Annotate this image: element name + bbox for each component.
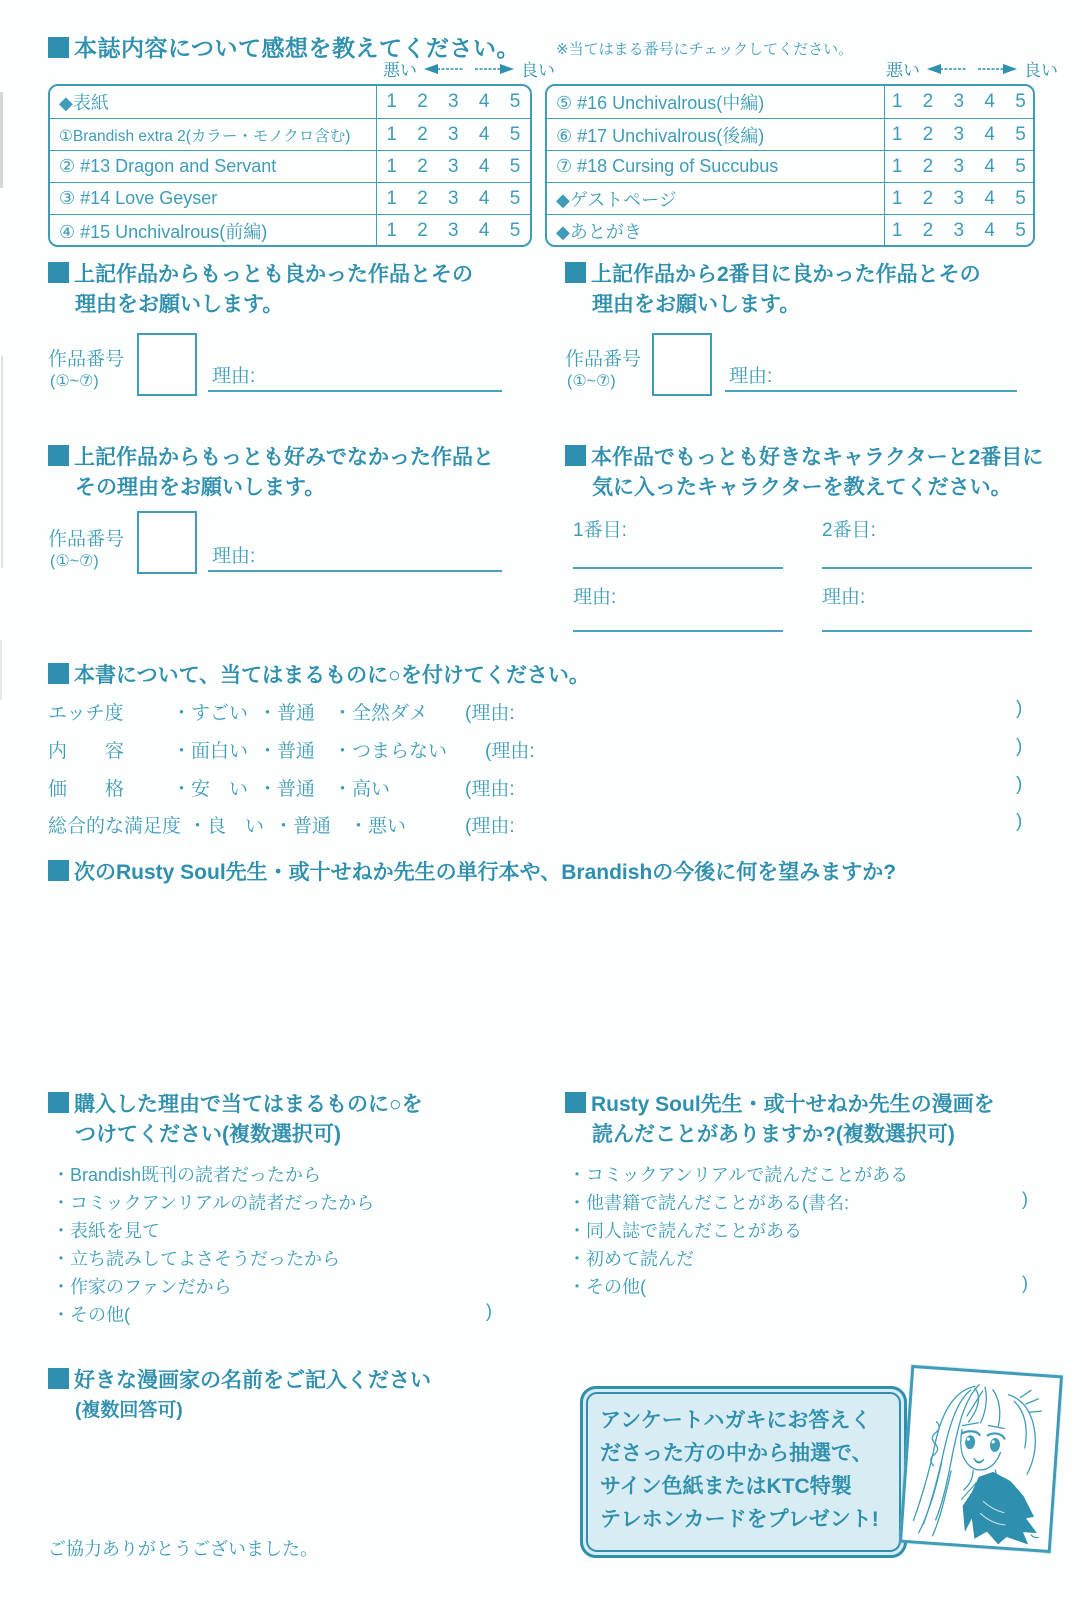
work-label: ◆ゲストページ (547, 186, 884, 212)
q6-heading: 購入した理由で当てはまるものに○をつけてください(複数選択可) (48, 1090, 423, 1150)
reason-close: ) (1016, 736, 1022, 758)
section-marker-icon (48, 1092, 69, 1113)
scan-artifact (0, 92, 3, 188)
character-write-line[interactable] (573, 567, 783, 569)
q8-line2: (複数回答可) (48, 1396, 431, 1426)
prize-line1: アンケートハガキにお答えく (600, 1404, 887, 1437)
legend-bad-label: 悪い (383, 56, 417, 81)
section-marker-icon (48, 262, 69, 283)
q7-option[interactable]: ・他書籍で読んだことがある(書名: (568, 1189, 849, 1215)
option[interactable]: ・つまらない (333, 736, 447, 763)
option[interactable]: ・普通 (258, 774, 315, 801)
q4-title: 本書について、当てはまるものに○を付けてください。 (74, 664, 590, 687)
table-row: ⑤ #16 Unchivalrous(中編)1 2 3 4 5 (547, 86, 1033, 118)
q7-heading: Rusty Soul先生・或十せねか先生の漫画を読んだことがありますか?(複数選… (565, 1090, 995, 1150)
table-row: ③ #14 Love Geyser1 2 3 4 5 (50, 182, 530, 214)
section-marker-icon (48, 663, 69, 684)
work-number-box[interactable] (137, 333, 197, 396)
q6-option[interactable]: ・作家のファンだから (52, 1273, 232, 1299)
reason-label: 理由: (822, 582, 865, 609)
q2b-line2: 理由をお願いします。 (565, 290, 981, 320)
section-marker-icon (565, 1092, 586, 1113)
q5-title: 次のRusty Soul先生・或十せねか先生の単行本や、Brandishの今後に… (74, 861, 896, 884)
work-label: ⑤ #16 Unchivalrous(中編) (547, 89, 884, 115)
table-row: ⑦ #18 Cursing of Succubus1 2 3 4 5 (547, 150, 1033, 182)
option[interactable]: ・普通 (258, 698, 315, 725)
q6-line1: 購入した理由で当てはまるものに○を (74, 1093, 423, 1116)
q7-other-close: ) (1022, 1273, 1028, 1294)
q6-option[interactable]: ・立ち読みしてよさそうだったから (52, 1245, 340, 1271)
rating-scale[interactable]: 1 2 3 4 5 (884, 151, 1033, 182)
rating-scale[interactable]: 1 2 3 4 5 (376, 215, 530, 246)
reason-label: 理由: (212, 361, 255, 388)
scale-direction-arrows-icon (423, 62, 515, 76)
rating-scale[interactable]: 1 2 3 4 5 (376, 86, 530, 118)
reason-close: ) (1016, 774, 1022, 796)
option[interactable]: ・安 い (172, 774, 248, 801)
row-label: 価 格 (48, 774, 124, 801)
work-number-label: 作品番号 (48, 344, 124, 371)
thanks-message: ご協力ありがとうございました。 (48, 1535, 318, 1561)
table-row: ◆表紙1 2 3 4 5 (50, 86, 530, 118)
q7-line2: 読んだことがありますか?(複数選択可) (565, 1120, 995, 1150)
prize-line4: テレホンカードをプレゼント! (600, 1503, 887, 1536)
row-label: 内 容 (48, 736, 124, 763)
option[interactable]: ・普通 (258, 736, 315, 763)
q2a-line1: 上記作品からもっとも良かった作品とその (74, 263, 473, 286)
q3b-line2: 気に入ったキャラクターを教えてください。 (565, 473, 1043, 503)
reason-open: (理由: (465, 774, 515, 801)
option[interactable]: ・悪い (349, 811, 406, 838)
q8-line1: 好きな漫画家の名前をご記入ください (74, 1369, 431, 1392)
q7-option[interactable]: ・コミックアンリアルで読んだことがある (568, 1161, 908, 1187)
work-label: ⑥ #17 Unchivalrous(後編) (547, 122, 884, 148)
rating-table-right: ⑤ #16 Unchivalrous(中編)1 2 3 4 5 ⑥ #17 Un… (545, 84, 1035, 247)
table-row: ② #13 Dragon and Servant1 2 3 4 5 (50, 150, 530, 182)
table-row: ①Brandish extra 2(カラー・モノクロ含む)1 2 3 4 5 (50, 118, 530, 150)
q3a-line2: その理由をお願いします。 (48, 473, 494, 503)
q3a-heading: 上記作品からもっとも好みでなかった作品とその理由をお願いします。 (48, 443, 494, 503)
q3b-line1: 本作品でもっとも好きなキャラクターと2番目に (591, 446, 1043, 469)
character-write-line[interactable] (822, 567, 1032, 569)
anime-girl-illustration (902, 1368, 1060, 1550)
option[interactable]: ・良 い (188, 811, 264, 838)
legend-good-label: 良い (521, 56, 555, 81)
q2a-line2: 理由をお願いします。 (48, 290, 473, 320)
reason-label: 理由: (573, 582, 616, 609)
reason-open: (理由: (485, 736, 535, 763)
reason-open: (理由: (465, 811, 515, 838)
option[interactable]: ・高い (333, 774, 390, 801)
q1-note: ※当てはまる番号にチェックしてください。 (556, 38, 853, 59)
survey-postcard-page: 本誌内容について感想を教えてください。 ※当てはまる番号にチェックしてください。… (0, 0, 1082, 1600)
legend-bad-label: 悪い (886, 56, 920, 81)
reason-write-line[interactable] (208, 570, 502, 572)
q6-option[interactable]: ・Brandish既刊の読者だったから (52, 1161, 321, 1187)
work-number-range: (①~⑦) (50, 551, 99, 571)
work-number-range: (①~⑦) (567, 371, 616, 391)
scale-legend-left: 悪い 良い (383, 56, 555, 81)
q8-heading: 好きな漫画家の名前をご記入ください(複数回答可) (48, 1366, 431, 1426)
reason-close: ) (1016, 811, 1022, 833)
work-label: ⑦ #18 Cursing of Succubus (547, 156, 884, 177)
rating-scale[interactable]: 1 2 3 4 5 (884, 86, 1033, 118)
work-number-label: 作品番号 (565, 344, 641, 371)
section-marker-icon (48, 860, 69, 881)
rating-scale[interactable]: 1 2 3 4 5 (376, 183, 530, 214)
work-label: ◆あとがき (547, 218, 884, 244)
table-row: ⑥ #17 Unchivalrous(後編)1 2 3 4 5 (547, 118, 1033, 150)
table-row: ④ #15 Unchivalrous(前編)1 2 3 4 5 (50, 214, 530, 246)
work-number-box[interactable] (137, 511, 197, 574)
reason-open: (理由: (465, 698, 515, 725)
rating-scale[interactable]: 1 2 3 4 5 (376, 151, 530, 182)
reason-write-line[interactable] (573, 630, 783, 632)
legend-good-label: 良い (1024, 56, 1058, 81)
q6-option-other[interactable]: ・その他( (52, 1301, 130, 1327)
work-label: ③ #14 Love Geyser (50, 188, 376, 209)
q6-line2: つけてください(複数選択可) (48, 1120, 423, 1150)
q3a-line1: 上記作品からもっとも好みでなかった作品と (74, 446, 494, 469)
prize-text: アンケートハガキにお答えく ださった方の中から抽選で、 サイン色紙またはKTC特… (586, 1392, 901, 1552)
option[interactable]: ・すごい (172, 698, 248, 725)
work-number-label: 作品番号 (48, 524, 124, 551)
rating-table-left: ◆表紙1 2 3 4 5 ①Brandish extra 2(カラー・モノクロ含… (48, 84, 532, 247)
hair-shadow-shape (960, 1470, 1041, 1547)
reason-write-line[interactable] (822, 630, 1032, 632)
section-marker-icon (48, 37, 69, 58)
section-marker-icon (565, 445, 586, 466)
rating-scale[interactable]: 1 2 3 4 5 (884, 119, 1033, 150)
q6-option[interactable]: ・コミックアンリアルの読者だったから (52, 1189, 374, 1215)
work-number-box[interactable] (652, 333, 712, 396)
scale-legend-right: 悪い 良い (886, 56, 1058, 81)
reason-label: 理由: (729, 361, 772, 388)
q2b-line1: 上記作品から2番目に良かった作品とその (591, 263, 981, 286)
row-label: 総合的な満足度 (48, 811, 181, 838)
character-illustration-frame (899, 1365, 1063, 1553)
section-marker-icon (48, 445, 69, 466)
q7-option[interactable]: ・同人誌で読んだことがある (568, 1217, 802, 1243)
prize-line3: サイン色紙またはKTC特製 (600, 1470, 887, 1503)
q6-other-close: ) (486, 1301, 492, 1322)
section-marker-icon (48, 1368, 69, 1389)
prize-line2: ださった方の中から抽選で、 (600, 1437, 887, 1470)
rating-scale[interactable]: 1 2 3 4 5 (884, 215, 1033, 246)
work-label: ② #13 Dragon and Servant (50, 156, 376, 177)
option[interactable]: ・普通 (274, 811, 331, 838)
q6-option[interactable]: ・表紙を見て (52, 1217, 160, 1243)
q2b-heading: 上記作品から2番目に良かった作品とその理由をお願いします。 (565, 260, 981, 320)
reason-close: ) (1016, 698, 1022, 720)
work-label: ④ #15 Unchivalrous(前編) (50, 218, 376, 244)
row-label: エッチ度 (48, 698, 124, 725)
q7-line1: Rusty Soul先生・或十せねか先生の漫画を (591, 1093, 995, 1116)
work-number-range: (①~⑦) (50, 371, 99, 391)
scale-direction-arrows-icon (926, 62, 1018, 76)
prize-callout-box: アンケートハガキにお答えく ださった方の中から抽選で、 サイン色紙またはKTC特… (580, 1386, 907, 1558)
table-row: ◆あとがき1 2 3 4 5 (547, 214, 1033, 246)
rating-scale[interactable]: 1 2 3 4 5 (376, 119, 530, 150)
q3b-heading: 本作品でもっとも好きなキャラクターと2番目に気に入ったキャラクターを教えてくださ… (565, 443, 1043, 503)
reason-write-line[interactable] (208, 390, 502, 392)
q7-option[interactable]: ・初めて読んだ (568, 1245, 694, 1271)
scan-artifact (0, 640, 2, 700)
q4-heading: 本書について、当てはまるものに○を付けてください。 (48, 661, 590, 691)
q7-option-close: ) (1022, 1189, 1028, 1210)
scan-artifact (1, 356, 3, 568)
q5-heading: 次のRusty Soul先生・或十せねか先生の単行本や、Brandishの今後に… (48, 858, 896, 888)
q7-option-other[interactable]: ・その他( (568, 1273, 646, 1299)
option[interactable]: ・全然ダメ (333, 698, 428, 725)
q2a-heading: 上記作品からもっとも良かった作品とその理由をお願いします。 (48, 260, 473, 320)
first-choice-label: 1番目: (573, 515, 627, 542)
section-marker-icon (565, 262, 586, 283)
reason-label: 理由: (212, 541, 255, 568)
second-choice-label: 2番目: (822, 515, 876, 542)
work-label: ◆表紙 (50, 89, 376, 115)
rating-scale[interactable]: 1 2 3 4 5 (884, 183, 1033, 214)
reason-write-line[interactable] (725, 390, 1017, 392)
option[interactable]: ・面白い (172, 736, 248, 763)
work-label: ①Brandish extra 2(カラー・モノクロ含む) (50, 124, 376, 146)
table-row: ◆ゲストページ1 2 3 4 5 (547, 182, 1033, 214)
